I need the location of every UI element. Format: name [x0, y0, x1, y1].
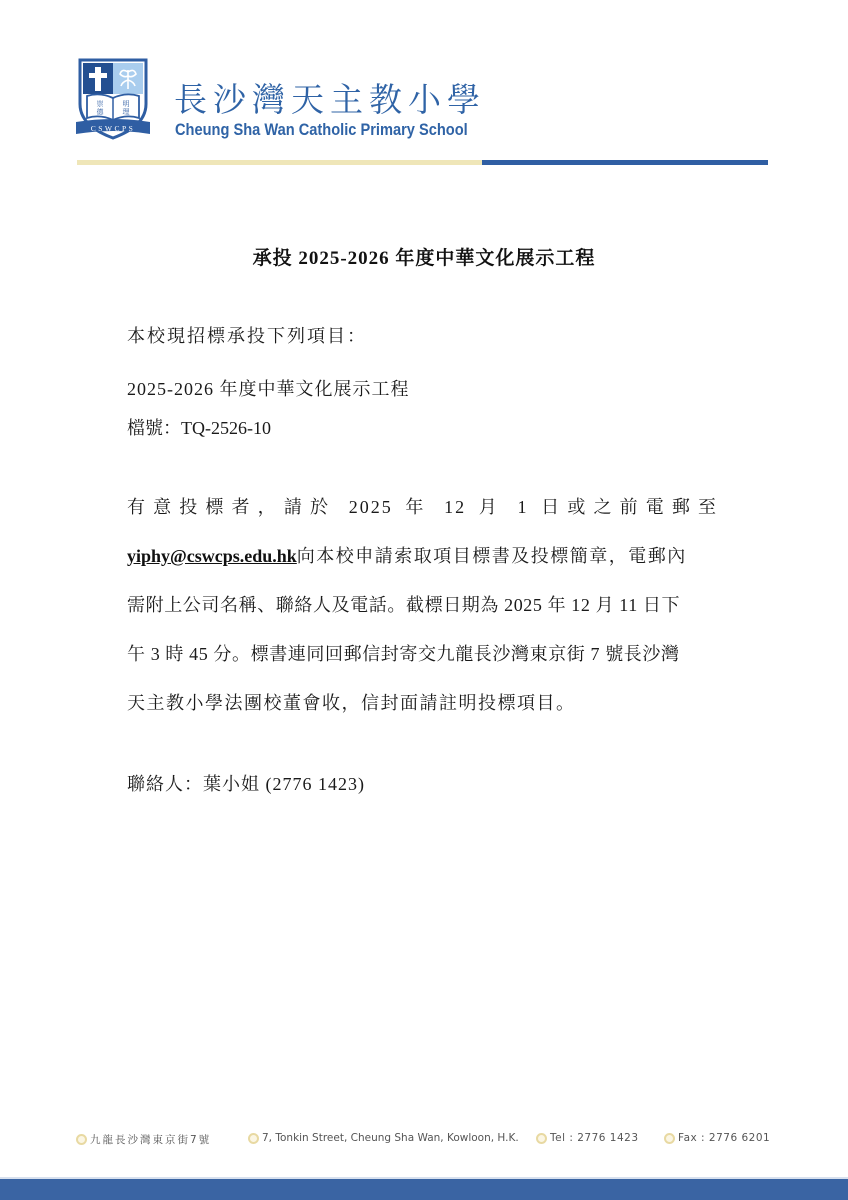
footer-blue-band [0, 1179, 848, 1200]
divider-gold-segment [77, 160, 482, 165]
contact-person: 聯絡人：葉小姐 (2776 1423) [127, 770, 365, 796]
school-name-english: Cheung Sha Wan Catholic Primary School [175, 120, 468, 140]
body-line-5: 天主教小學法團校董會收，信封面請註明投標項目。 [127, 679, 718, 728]
svg-text:理: 理 [123, 108, 130, 116]
circle-bullet-icon [248, 1133, 259, 1144]
intro-text: 本校現招標承投下列項目： [127, 322, 367, 348]
body-line-2: yiphy@cswcps.edu.hk向本校申請索取項目標書及投標簡章，電郵內 [127, 532, 718, 581]
body-line-2-text: 向本校申請索取項目標書及投標簡章，電郵內 [297, 546, 687, 566]
tender-instructions: 有意投標者，請於 2025 年 12 月 1 日或之前電郵至 yiphy@csw… [127, 483, 718, 728]
open-book-icon: 崇 德 明 理 [87, 94, 139, 120]
reference-label: 檔號： [127, 418, 181, 438]
svg-text:崇: 崇 [97, 99, 104, 108]
reference-value: TQ-2526-10 [181, 418, 271, 438]
reference-number: 檔號：TQ-2526-10 [127, 414, 271, 440]
svg-text:CSWCPS: CSWCPS [91, 124, 136, 133]
school-name-chinese: 長沙灣天主教小學 [174, 74, 486, 121]
email-link[interactable]: yiphy@cswcps.edu.hk [127, 546, 297, 566]
divider-blue-segment [482, 160, 768, 165]
footer-address-chinese: 九龍長沙灣東京街7號 [76, 1132, 211, 1147]
body-line-1: 有意投標者，請於 2025 年 12 月 1 日或之前電郵至 [127, 483, 718, 532]
circle-bullet-icon [76, 1134, 87, 1145]
school-crest-logo: 崇 德 明 理 CSWCPS [74, 56, 152, 142]
footer-telephone: Tel : 2776 1423 [536, 1132, 639, 1144]
footer-fax: Fax : 2776 6201 [664, 1132, 770, 1144]
header-divider [77, 160, 768, 165]
letterhead: 崇 德 明 理 CSWCPS 長沙灣天主教小學 Cheung Sha Wan C… [74, 56, 494, 146]
tender-item: 2025-2026 年度中華文化展示工程 [127, 375, 410, 401]
body-line-3: 需附上公司名稱、聯絡人及電話。截標日期為 2025 年 12 月 11 日下 [127, 581, 718, 630]
circle-bullet-icon [664, 1133, 675, 1144]
circle-bullet-icon [536, 1133, 547, 1144]
footer-address-english: 7, Tonkin Street, Cheung Sha Wan, Kowloo… [248, 1132, 519, 1144]
document-title: 承投 2025-2026 年度中華文化展示工程 [0, 243, 848, 270]
body-line-4: 午 3 時 45 分。標書連同回郵信封寄交九龍長沙灣東京街 7 號長沙灣 [127, 630, 718, 679]
svg-text:德: 德 [97, 107, 105, 116]
footer-contact-info: 九龍長沙灣東京街7號 7, Tonkin Street, Cheung Sha … [76, 1132, 776, 1148]
svg-text:明: 明 [123, 99, 130, 108]
